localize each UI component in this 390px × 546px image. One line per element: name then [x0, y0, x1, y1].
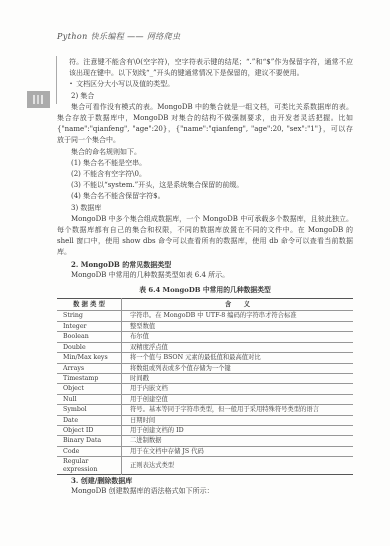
- paragraph-key-rules: 符。注意键不能含有\0(空字符)，空字符表示键的结尾；“.”和“$”作为保留字符…: [57, 57, 353, 79]
- cell-datatype: Arrays: [57, 363, 122, 373]
- paragraph-create-db: MongoDB 创建数据库的语法格式如下所示：: [57, 486, 353, 497]
- table-row: Object ID 用于创建文档的 ID: [57, 425, 353, 435]
- cell-meaning: 用于内嵌文档: [122, 384, 354, 394]
- naming-rule-2: (2) 不能含有空字符\0。: [57, 169, 353, 180]
- column-header-meaning: 含 义: [122, 299, 354, 311]
- naming-rule-3: (3) 不能以“system.”开头，这是系统集合保留的前缀。: [57, 180, 353, 191]
- page-content: 符。注意键不能含有\0(空字符)，空字符表示键的结尾；“.”和“$”作为保留字符…: [57, 57, 353, 497]
- table-row: String 字符串。在 MongoDB 中 UTF-8 编码的字符串才符合标准: [57, 311, 353, 321]
- subheading-collection: 2) 集合: [57, 91, 353, 102]
- table-row: Integer 整型数值: [57, 321, 353, 331]
- paragraph-naming-intro: 集合的命名规则如下。: [57, 147, 353, 158]
- table-caption: 表 6.4 MongoDB 中常用的几种数据类型: [57, 286, 353, 295]
- paragraph-collection: 集合可看作没有模式的表。MongoDB 中的集合就是一组文档，可类比关系数据库的…: [57, 102, 353, 147]
- heading-create-db: 3. 创建/删除数据库: [57, 475, 353, 486]
- cell-datatype: Null: [57, 394, 122, 404]
- table-row: Date 日期时间: [57, 415, 353, 425]
- cell-meaning: 用于在文档中存储 JS 代码: [122, 446, 354, 456]
- paragraph-datatypes: MongoDB 中常用的几种数据类型如表 6.4 所示。: [57, 270, 353, 281]
- cell-meaning: 将一个值与 BSON 元素的最低值和最高值对比: [122, 353, 354, 363]
- cell-meaning: 日期时间: [122, 415, 354, 425]
- cell-datatype: Binary Data: [57, 436, 122, 446]
- cell-datatype: Object ID: [57, 425, 122, 435]
- cell-meaning: 将数组或列表或多个值存储为一个键: [122, 363, 354, 373]
- cell-meaning: 用于创建空值: [122, 394, 354, 404]
- running-head: Python 快乐编程 —— 网络爬虫: [57, 31, 180, 42]
- cell-datatype: Code: [57, 446, 122, 456]
- table-row: Code 用于在文档中存储 JS 代码: [57, 446, 353, 456]
- cell-datatype: Boolean: [57, 332, 122, 342]
- cell-datatype: String: [57, 311, 122, 321]
- table-row: Double 双精度浮点值: [57, 342, 353, 352]
- table-row: Binary Data 二进制数据: [57, 436, 353, 446]
- column-header-type: 数 据 类 型: [57, 299, 122, 311]
- cell-datatype: Object: [57, 384, 122, 394]
- naming-rule-1: (1) 集合名不能是空串。: [57, 158, 353, 169]
- page-edge-tab: [27, 91, 50, 108]
- paragraph-database: MongoDB 中多个集合组成数据库，一个 MongoDB 中可承载多个数据库，…: [57, 214, 353, 259]
- cell-datatype: Date: [57, 415, 122, 425]
- cell-meaning: 用于创建文档的 ID: [122, 425, 354, 435]
- cell-datatype: Double: [57, 342, 122, 352]
- datatypes-table: 数 据 类 型 含 义 String 字符串。在 MongoDB 中 UTF-8…: [57, 298, 353, 475]
- cell-meaning: 双精度浮点值: [122, 342, 354, 352]
- table-row: Symbol 符号。基本等同于字符串类型，但一般用于采用特殊符号类型的语言: [57, 405, 353, 415]
- heading-datatypes: 2. MongoDB 的常见数据类型: [57, 259, 353, 270]
- cell-meaning: 正则表达式类型: [122, 457, 354, 475]
- naming-rule-4: (4) 集合名不能含保留字符$。: [57, 191, 353, 202]
- table-row: Boolean 布尔值: [57, 332, 353, 342]
- cell-datatype: Regular expression: [57, 457, 122, 475]
- cell-datatype: Timestamp: [57, 373, 122, 383]
- book-page: Python 快乐编程 —— 网络爬虫 符。注意键不能含有\0(空字符)，空字符…: [0, 0, 390, 546]
- bullet-item-text: 文档区分大小写以及值的类型。: [76, 80, 174, 88]
- cell-datatype: Min/Max keys: [57, 353, 122, 363]
- bullet-item: •文档区分大小写以及值的类型。: [57, 79, 353, 90]
- cell-meaning: 时间戳: [122, 373, 354, 383]
- cell-datatype: Integer: [57, 321, 122, 331]
- subheading-database: 3) 数据库: [57, 203, 353, 214]
- cell-meaning: 二进制数据: [122, 436, 354, 446]
- table-row: Min/Max keys 将一个值与 BSON 元素的最低值和最高值对比: [57, 353, 353, 363]
- table-row: Regular expression 正则表达式类型: [57, 457, 353, 475]
- table-header-row: 数 据 类 型 含 义: [57, 299, 353, 311]
- cell-datatype: Symbol: [57, 405, 122, 415]
- table-row: Arrays 将数组或列表或多个值存储为一个键: [57, 363, 353, 373]
- table-row: Timestamp 时间戳: [57, 373, 353, 383]
- table-row: Null 用于创建空值: [57, 394, 353, 404]
- cell-meaning: 整型数值: [122, 321, 354, 331]
- table-row: Object 用于内嵌文档: [57, 384, 353, 394]
- cell-meaning: 字符串。在 MongoDB 中 UTF-8 编码的字符串才符合标准: [122, 311, 354, 321]
- cell-meaning: 符号。基本等同于字符串类型，但一般用于采用特殊符号类型的语言: [122, 405, 354, 415]
- bullet-icon: •: [69, 81, 72, 90]
- cell-meaning: 布尔值: [122, 332, 354, 342]
